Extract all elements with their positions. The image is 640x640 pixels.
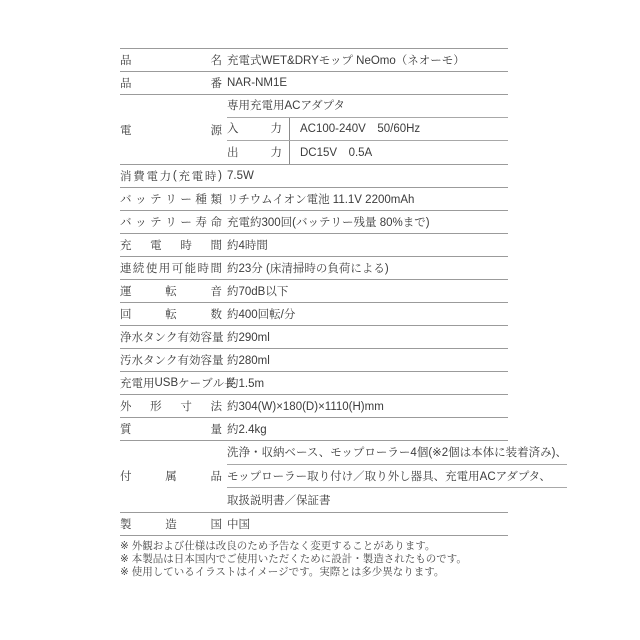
spec-table: 品名 充電式WET&DRYモップ NeOmo（ネオーモ） 品番 NAR-NM1E… <box>120 48 508 536</box>
spec-value: 約2.4kg <box>227 421 508 437</box>
spec-row-battery-life: バッテリー寿命 充電約300回(バッテリー残量 80%まで) <box>120 211 508 234</box>
accessories-detail: 洗浄・収納ベース、モップローラー4個(※2個は本体に装着済み)、 モップローラー… <box>227 441 567 512</box>
spec-label: 浄水タンク有効容量 <box>120 329 222 345</box>
spec-value: リチウムイオン電池 11.1V 2200mAh <box>227 191 508 207</box>
spec-value: 約70dB以下 <box>227 283 508 299</box>
spec-row-waste-tank-capacity: 汚水タンク有効容量 約280ml <box>120 349 508 372</box>
spec-label-cell: 電源 <box>120 95 222 164</box>
spec-label: 連続使用可能時間 <box>120 260 222 276</box>
footnote: ※ 使用しているイラストはイメージです。実際とは多少異なります。 <box>120 566 467 579</box>
spec-label: 付属品 <box>120 468 222 484</box>
power-output-label: 出力 <box>227 141 282 164</box>
spec-row-usb-cable-length: 充電用USBケーブル長 約1.5m <box>120 372 508 395</box>
spec-value: 約400回転/分 <box>227 306 508 322</box>
spec-row-battery-type: バッテリー種類 リチウムイオン電池 11.1V 2200mAh <box>120 188 508 211</box>
spec-label: 品名 <box>120 52 222 68</box>
power-output-value: DC15V 0.5A <box>289 141 372 164</box>
spec-value: 約290ml <box>227 329 508 345</box>
spec-label: 消費電力(充電時) <box>120 168 222 184</box>
spec-value: 中国 <box>227 516 508 532</box>
spec-label: 品番 <box>120 75 222 91</box>
spec-value: 約304(W)×180(D)×1110(H)mm <box>227 398 508 414</box>
spec-row-power-consumption: 消費電力(充電時) 7.5W <box>120 165 508 188</box>
product-spec-page: 品名 充電式WET&DRYモップ NeOmo（ネオーモ） 品番 NAR-NM1E… <box>0 0 640 640</box>
spec-label: バッテリー種類 <box>120 191 222 207</box>
spec-value: 充電約300回(バッテリー残量 80%まで) <box>227 214 508 230</box>
spec-value: 約1.5m <box>227 375 508 391</box>
power-input-row: 入力 AC100-240V 50/60Hz <box>227 118 508 141</box>
spec-row-weight: 質量 約2.4kg <box>120 418 508 441</box>
spec-row-continuous-use: 連続使用可能時間 約23分 (床清掃時の負荷による) <box>120 257 508 280</box>
spec-row-model-number: 品番 NAR-NM1E <box>120 72 508 95</box>
spec-label: 回転数 <box>120 306 222 322</box>
power-input-label: 入力 <box>227 118 282 140</box>
footnote: ※ 外観および仕様は改良のため予告なく変更することがあります。 <box>120 540 467 553</box>
spec-row-clean-tank-capacity: 浄水タンク有効容量 約290ml <box>120 326 508 349</box>
accessories-line: 洗浄・収納ベース、モップローラー4個(※2個は本体に装着済み)、 <box>227 441 567 465</box>
spec-row-dimensions: 外形寸法 約304(W)×180(D)×1110(H)mm <box>120 395 508 418</box>
spec-label: 質量 <box>120 421 222 437</box>
footnotes: ※ 外観および仕様は改良のため予告なく変更することがあります。 ※ 本製品は日本… <box>120 540 467 578</box>
spec-row-rotation-speed: 回転数 約400回転/分 <box>120 303 508 326</box>
spec-label: 充電用USBケーブル長 <box>120 375 222 391</box>
spec-label: 製造国 <box>120 516 222 532</box>
spec-row-power-source: 電源 専用充電用ACアダプタ 入力 AC100-240V 50/60Hz 出力 … <box>120 95 508 165</box>
spec-row-accessories: 付属品 洗浄・収納ベース、モップローラー4個(※2個は本体に装着済み)、 モップ… <box>120 441 508 513</box>
spec-row-operating-noise: 運転音 約70dB以下 <box>120 280 508 303</box>
power-output-row: 出力 DC15V 0.5A <box>227 141 508 164</box>
power-input-value: AC100-240V 50/60Hz <box>289 118 420 140</box>
spec-label: 運転音 <box>120 283 222 299</box>
spec-value: 充電式WET&DRYモップ NeOmo（ネオーモ） <box>227 52 508 68</box>
spec-value: 約280ml <box>227 352 508 368</box>
spec-value: 7.5W <box>227 170 508 182</box>
footnote: ※ 本製品は日本国内でご使用いただくために設計・製造されたものです。 <box>120 553 467 566</box>
power-adapter: 専用充電用ACアダプタ <box>227 95 508 118</box>
power-detail: 専用充電用ACアダプタ 入力 AC100-240V 50/60Hz 出力 DC1… <box>227 95 508 164</box>
spec-value: 約23分 (床清掃時の負荷による) <box>227 260 508 276</box>
spec-row-country-of-origin: 製造国 中国 <box>120 513 508 536</box>
accessories-line: 取扱説明書／保証書 <box>227 488 567 512</box>
spec-row-charge-time: 充電時間 約4時間 <box>120 234 508 257</box>
accessories-line: モップローラー取り付け／取り外し器具、充電用ACアダプタ、 <box>227 465 567 489</box>
spec-label: バッテリー寿命 <box>120 214 222 230</box>
spec-label: 電源 <box>120 122 222 138</box>
spec-label: 充電時間 <box>120 237 222 253</box>
spec-label-cell: 付属品 <box>120 441 222 512</box>
spec-label: 汚水タンク有効容量 <box>120 352 222 368</box>
spec-row-product-name: 品名 充電式WET&DRYモップ NeOmo（ネオーモ） <box>120 49 508 72</box>
spec-value: 約4時間 <box>227 237 508 253</box>
spec-value: NAR-NM1E <box>227 77 508 89</box>
spec-label: 外形寸法 <box>120 398 222 414</box>
